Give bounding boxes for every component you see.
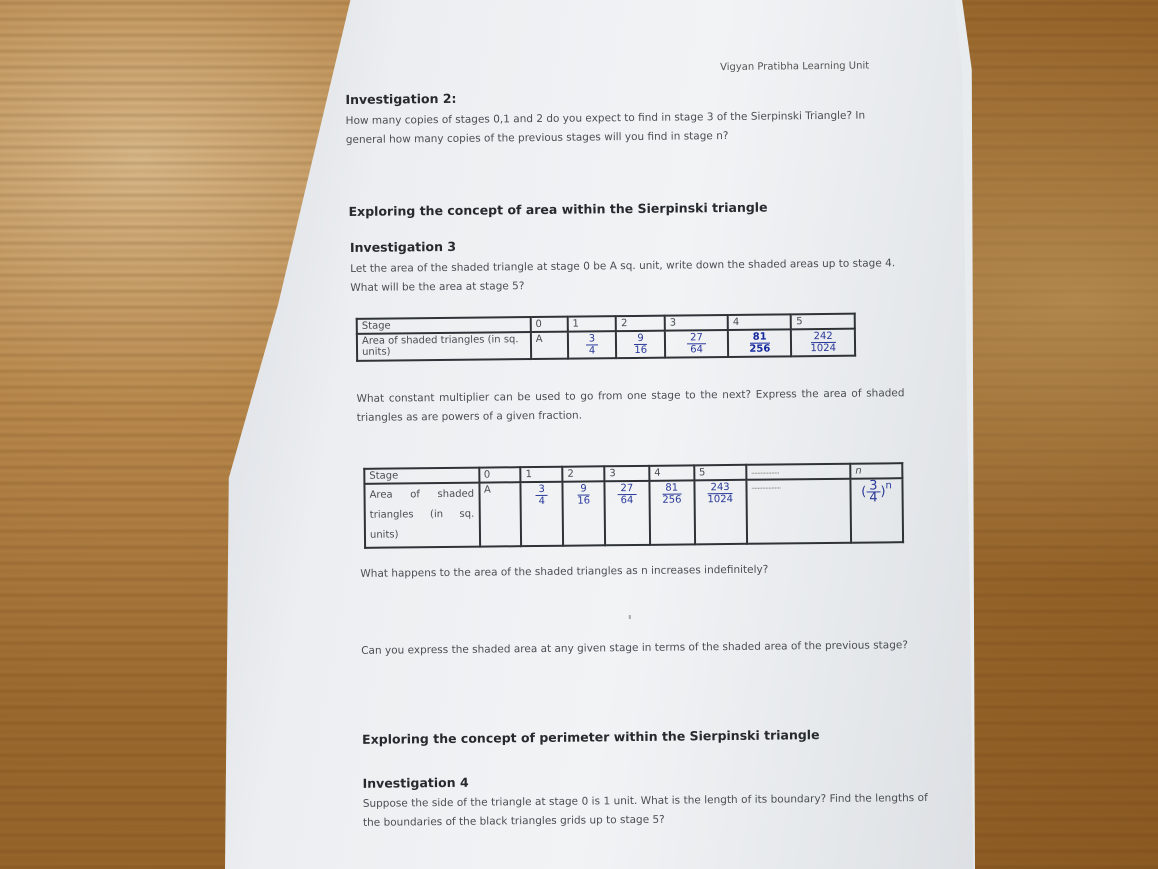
area-cell: 2764 (665, 330, 728, 358)
area-cell: 916 (563, 481, 606, 545)
multiplier-question: What constant multiplier can be used to … (356, 384, 904, 428)
area-table-2: Stage 0 1 2 3 4 5 .................. n A… (363, 462, 904, 549)
handwritten-fraction: 916 (577, 483, 590, 506)
stage-cell-ellipsis: .................. (746, 464, 851, 480)
stage-cell: 5 (694, 465, 746, 481)
handwritten-fraction: 81256 (662, 483, 681, 506)
area-cell: 2421024 (791, 329, 855, 357)
stage-cell: 2 (616, 316, 665, 332)
area-cell-general: (34)n (850, 478, 903, 543)
investigation-4-text: Suppose the side of the triangle at stag… (363, 789, 928, 833)
table-row-area: Area of shaded triangles (in sq. units) … (357, 329, 855, 361)
stage-cell: 0 (530, 317, 567, 332)
area-cell: 916 (616, 331, 665, 359)
handwritten-fraction: 34 (586, 333, 599, 356)
handwritten-fraction: 2764 (617, 483, 636, 506)
stage-cell: 4 (649, 465, 694, 480)
handwritten-fraction: 81256 (749, 332, 770, 355)
investigation-3-text: Let the area of the shaded triangle at s… (350, 254, 895, 298)
row-header: Stage (364, 468, 479, 484)
handwritten-fraction: 2431024 (707, 482, 733, 505)
area-cell: 2431024 (694, 480, 747, 545)
investigation-3-title: Investigation 3 (350, 239, 456, 255)
stray-pen-mark (629, 615, 631, 619)
stage-cell: 0 (479, 467, 521, 482)
stage-cell: 3 (665, 315, 728, 331)
area-cell: 34 (521, 482, 563, 546)
area-cell: 81256 (728, 329, 792, 357)
area-cell: 34 (568, 331, 617, 359)
stage-cell: 2 (562, 466, 604, 481)
stage-cell: 5 (791, 314, 855, 330)
area-cell: 81256 (649, 480, 695, 544)
stage-cell: 1 (521, 467, 563, 482)
stage-cell: 4 (728, 314, 791, 330)
area-table-1: Stage 0 1 2 3 4 5 Area of shaded triangl… (356, 313, 856, 362)
stage-cell: n (850, 463, 902, 479)
stage-cell: 1 (567, 316, 616, 332)
handwritten-fraction: 916 (634, 333, 647, 356)
area-cell-ellipsis: ................... (746, 479, 851, 544)
row-header: Area of shaded triangles (in sq. units) (357, 332, 531, 361)
investigation-2-text: How many copies of stages 0,1 and 2 do y… (346, 106, 891, 150)
handwritten-fraction: 34 (535, 484, 548, 507)
stage-cell: 3 (604, 466, 649, 481)
handwritten-power-expression: (34)n (861, 480, 892, 503)
area-cell: 2764 (604, 481, 650, 545)
area-cell: A (531, 332, 568, 359)
area-cell: A (479, 482, 521, 546)
handwritten-fraction: 2764 (687, 332, 706, 355)
investigation-4-title: Investigation 4 (362, 775, 468, 791)
row-header: Area of shaded triangles (in sq. units) (364, 483, 479, 548)
handwritten-fraction: 2421024 (810, 331, 836, 354)
unit-label: Vigyan Pratibha Learning Unit (720, 61, 869, 74)
table-row-area: Area of shaded triangles (in sq. units) … (364, 478, 903, 548)
investigation-2-title: Investigation 2: (345, 91, 456, 107)
